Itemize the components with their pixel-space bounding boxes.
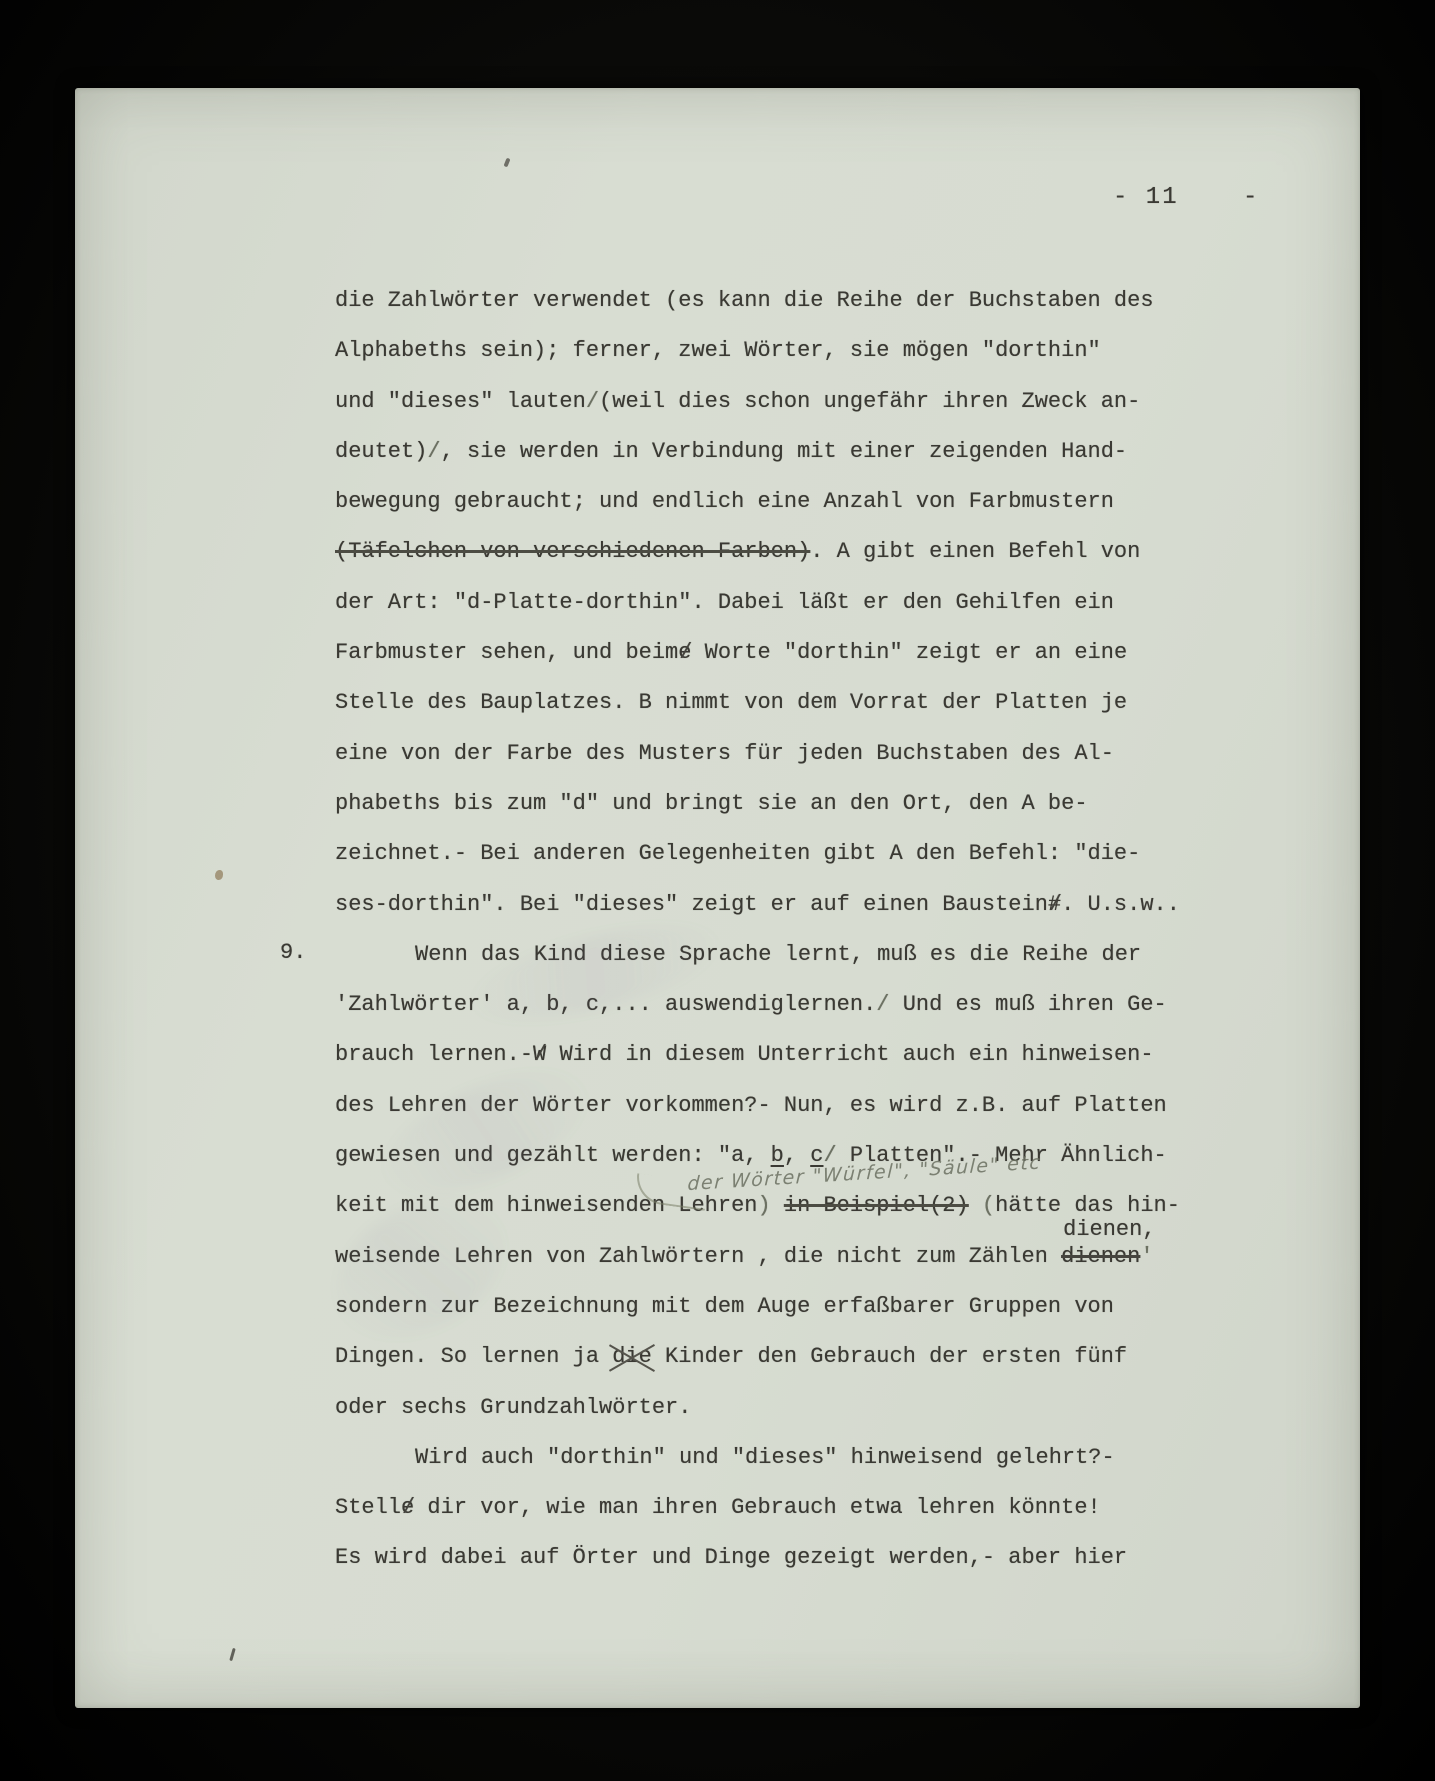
typed-segment: ,: [784, 1143, 810, 1168]
typed-segment: , sie werden in Verbindung mit einer zei…: [441, 439, 1128, 464]
typed-segment: Und es muß ihren Ge-: [890, 992, 1167, 1017]
typed-segment: zeichnet.- Bei anderen Gelegenheiten gib…: [335, 841, 1140, 866]
typed-segment: /: [876, 992, 889, 1017]
typed-segment: bewegung gebraucht; und endlich eine Anz…: [335, 489, 1114, 514]
typed-segment: Es wird dabei auf Örter und Dinge gezeig…: [335, 1545, 1127, 1570]
typed-segment: Stell: [335, 1495, 401, 1520]
typed-segment: #: [1048, 880, 1061, 930]
typed-line: 'Zahlwörter' a, b, c,... auswendiglernen…: [335, 980, 1215, 1030]
typed-line: Wenn das Kind diese Sprache lernt, muß e…: [335, 930, 1215, 980]
typed-segment: e: [678, 628, 691, 678]
typed-line: Farbmuster sehen, und beime Worte "dorth…: [335, 628, 1215, 678]
typed-segment: /: [427, 439, 440, 464]
paper-speck: [229, 1648, 235, 1661]
typed-segment: dir vor, wie man ihren Gebrauch etwa leh…: [414, 1495, 1101, 1520]
typed-segment: eine von der Farbe des Musters für jeden…: [335, 741, 1114, 766]
typed-line: Wird auch "dorthin" und "dieses" hinweis…: [335, 1433, 1215, 1483]
typed-segment: deutet): [335, 439, 427, 464]
section-number: 9.: [280, 940, 306, 965]
typed-segment: Stelle des Bauplatzes. B nimmt von dem V…: [335, 690, 1127, 715]
typed-line: und "dieses" lauten/(weil dies schon ung…: [335, 377, 1215, 427]
typed-segment: die Zahlwörter verwendet (es kann die Re…: [335, 288, 1154, 313]
typed-segment: (Täfelchen von verschiedenen Farben): [335, 539, 810, 564]
typed-segment: . A gibt einen Befehl von: [810, 539, 1140, 564]
typed-text-block: die Zahlwörter verwendet (es kann die Re…: [335, 276, 1215, 1584]
typed-line: deutet)/, sie werden in Verbindung mit e…: [335, 427, 1215, 477]
typed-segment: Kinder den Gebrauch der ersten fünf: [652, 1344, 1127, 1369]
typed-segment: Wird auch "dorthin" und "dieses" hinweis…: [415, 1445, 1115, 1470]
typed-segment: (: [982, 1193, 995, 1218]
typed-segment: /: [586, 389, 599, 414]
typed-segment: ses-dorthin". Bei "dieses" zeigt er auf …: [335, 892, 1048, 917]
page-number-dash: -: [1243, 184, 1259, 211]
typed-segment: ): [757, 1193, 770, 1218]
typed-segment: oder sechs Grundzahlwörter.: [335, 1395, 691, 1420]
typed-segment: phabeths bis zum "d" und bringt sie an d…: [335, 791, 1088, 816]
typed-line: Dingen. So lernen ja die Kinder den Gebr…: [335, 1332, 1215, 1382]
document-page: - 11 - 9. die Zahlwörter verwendet (es k…: [75, 88, 1360, 1708]
typed-line: zeichnet.- Bei anderen Gelegenheiten gib…: [335, 829, 1215, 879]
typed-segment: Worte "dorthin" zeigt er an eine: [691, 640, 1127, 665]
typed-segment: [969, 1193, 982, 1218]
typed-segment: Wird in diesem Unterricht auch ein hinwe…: [546, 1042, 1153, 1067]
typed-segment: e: [401, 1483, 414, 1533]
typed-segment: (weil dies schon ungefähr ihren Zweck an…: [599, 389, 1140, 414]
typed-line: Alphabeths sein); ferner, zwei Wörter, s…: [335, 326, 1215, 376]
typed-line: phabeths bis zum "d" und bringt sie an d…: [335, 779, 1215, 829]
typed-segment: b: [771, 1143, 784, 1168]
typed-segment: der Art: "d-Platte-dorthin". Dabei läßt …: [335, 590, 1114, 615]
typed-line: der Art: "d-Platte-dorthin". Dabei läßt …: [335, 578, 1215, 628]
typed-line: die Zahlwörter verwendet (es kann die Re…: [335, 276, 1215, 326]
typed-line: Es wird dabei auf Örter und Dinge gezeig…: [335, 1533, 1215, 1583]
paper-speck: [503, 158, 510, 168]
typed-correction-above: dienen,: [1063, 1205, 1155, 1255]
typed-segment: . U.s.w..: [1061, 892, 1180, 917]
typed-line: Stelle dir vor, wie man ihren Gebrauch e…: [335, 1483, 1215, 1533]
typed-segment: Alphabeths sein); ferner, zwei Wörter, s…: [335, 338, 1101, 363]
typed-line: (Täfelchen von verschiedenen Farben). A …: [335, 527, 1215, 577]
typed-segment: die: [612, 1332, 652, 1382]
typed-line: eine von der Farbe des Musters für jeden…: [335, 729, 1215, 779]
typed-line: oder sechs Grundzahlwörter.: [335, 1383, 1215, 1433]
typed-line: brauch lernen.-W Wird in diesem Unterric…: [335, 1030, 1215, 1080]
typed-segment: [771, 1193, 784, 1218]
typed-segment: brauch lernen.-: [335, 1042, 533, 1067]
typed-segment: Farbmuster sehen, und beim: [335, 640, 678, 665]
paper-speck: [215, 870, 223, 880]
typed-line: bewegung gebraucht; und endlich eine Anz…: [335, 477, 1215, 527]
typed-segment: Dingen. So lernen ja: [335, 1344, 612, 1369]
scan-background: - 11 - 9. die Zahlwörter verwendet (es k…: [0, 0, 1435, 1781]
typed-segment: und "dieses" lauten: [335, 389, 586, 414]
typed-line: ses-dorthin". Bei "dieses" zeigt er auf …: [335, 880, 1215, 930]
typed-segment: dienendienen,: [1061, 1232, 1140, 1282]
typed-segment: in Beispiel(2): [784, 1193, 969, 1218]
typed-line: Stelle des Bauplatzes. B nimmt von dem V…: [335, 678, 1215, 728]
page-number: - 11: [1113, 184, 1179, 211]
